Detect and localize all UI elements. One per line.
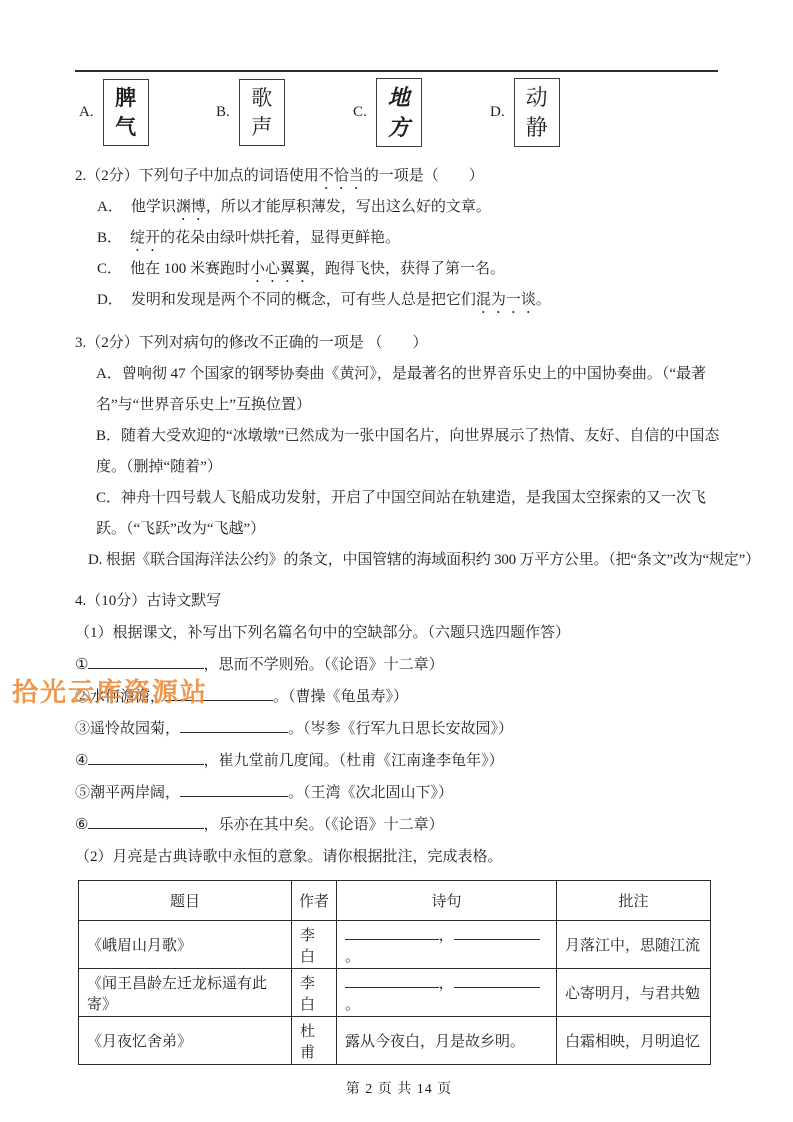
q4-part1: （1）根据课文，补写出下列名篇名句中的空缺部分。（六题只选四题作答） [75, 617, 723, 649]
answer-blank [180, 782, 288, 797]
col-header-verse: 诗句 [337, 881, 557, 921]
q4-item-6: ⑥，乐亦在其中矣。（《论语》十二章） [75, 809, 723, 841]
calligraphy-char: 声 [251, 113, 272, 141]
q1-option-a: A. 脾 气 [79, 79, 216, 146]
answer-blank [165, 686, 273, 701]
poem-note: 心寄明月，与君共勉 [557, 969, 711, 1017]
option-text: 他在 100 米赛跑时 [130, 261, 250, 277]
poem-title: 《月夜忆舍弟》 [79, 1017, 292, 1065]
answer-blank [454, 925, 540, 940]
answer-blank [454, 973, 540, 988]
q2-option-b: B．绽开的花朵由绿叶烘托着，显得更鲜艳。 [97, 224, 723, 255]
option-label: B. [216, 104, 230, 121]
answer-blank [345, 925, 439, 940]
q4-item-1: ①，思而不学则殆。（《论语》十二章） [75, 649, 723, 681]
option-label: C． [97, 261, 122, 277]
poem-author: 杜甫 [292, 1017, 337, 1065]
col-header-author: 作者 [292, 881, 337, 921]
poem-table: 题目 作者 诗句 批注 《峨眉山月歌》 李白 ，。 月落江中，思随江流 《闻王昌… [78, 880, 711, 1065]
calligraphy-char: 地 [388, 83, 410, 113]
poem-title: 《闻王昌龄左迁龙标遥有此寄》 [79, 969, 292, 1017]
q4-item-5: ⑤潮平两岸阔，。（王湾《次北固山下》） [75, 777, 723, 809]
poem-verse: ，。 [337, 969, 557, 1017]
poem-note: 月落江中，思随江流 [557, 921, 711, 969]
option-label: A． [97, 199, 123, 215]
answer-blank [345, 973, 439, 988]
col-header-note: 批注 [557, 881, 711, 921]
q4-item-4: ④，崔九堂前几度闻。（杜甫《江南逢李龟年》） [75, 745, 723, 777]
q3-option-c: C．神舟十四号载人飞船成功发射，开启了中国空间站在轨建造，是我国太空探索的又一次… [96, 483, 723, 545]
question-3: 3.（2分）下列对病句的修改不正确的一项是 （ ） A．曾响彻 47 个国家的钢… [75, 328, 723, 576]
table-row: 《月夜忆舍弟》 杜甫 露从今夜白，月是故乡明。 白霜相映，月明追忆 [79, 1017, 711, 1065]
option-text: ，所以才能厚积薄发，写出这么好的文章。 [206, 199, 491, 215]
answer-blank [88, 750, 203, 765]
emphasized-word: 绽开 [130, 230, 160, 246]
q3-option-b: B．随着大受欢迎的“冰墩墩”已然成为一张中国名片，向世界展示了热情、友好、自信的… [96, 421, 723, 483]
calligraphy-box-a: 脾 气 [103, 79, 149, 146]
q2-option-c: C．他在 100 米赛跑时小心翼翼，跑得飞快，获得了第一名。 [97, 255, 723, 286]
calligraphy-char: 歌 [251, 84, 272, 112]
q4-title: 4.（10分）古诗文默写 [75, 585, 723, 617]
q1-option-d: D. 动 静 [490, 78, 627, 147]
option-label: D. [490, 104, 505, 121]
option-text: 。 [536, 292, 551, 308]
q4-item-3: ③遥怜故园菊，。（岑参《行军九日思长安故园》） [75, 713, 723, 745]
q2-option-d: D．发明和发现是两个不同的概念，可有些人总是把它们混为一谈。 [97, 286, 723, 317]
emphasized-word: 小心翼翼 [250, 261, 310, 277]
calligraphy-box-c: 地 方 [376, 78, 422, 147]
calligraphy-char: 动 [526, 83, 548, 113]
q1-option-b: B. 歌 声 [216, 79, 353, 146]
q3-option-a: A．曾响彻 47 个国家的钢琴协奏曲《黄河》，是最著名的世界音乐史上的中国协奏曲… [96, 359, 723, 421]
emphasized-word: 混为一谈 [476, 292, 536, 308]
option-label: C. [353, 104, 367, 121]
q1-option-c: C. 地 方 [353, 78, 490, 147]
q2-option-a: A．他学识渊博，所以才能厚积薄发，写出这么好的文章。 [97, 193, 723, 224]
poem-verse: ，。 [337, 921, 557, 969]
header-divider [75, 70, 718, 72]
poem-author: 李白 [292, 921, 337, 969]
calligraphy-box-d: 动 静 [514, 78, 560, 147]
option-text: 的花朵由绿叶烘托着，显得更鲜艳。 [160, 230, 400, 246]
calligraphy-box-b: 歌 声 [239, 79, 285, 146]
poem-title: 《峨眉山月歌》 [79, 921, 292, 969]
calligraphy-char: 静 [526, 113, 548, 143]
question-2: 2.（2分）下列句子中加点的词语使用不恰当的一项是（ ） A．他学识渊博，所以才… [75, 162, 723, 317]
option-text: 他学识 [131, 199, 176, 215]
answer-blank [88, 814, 203, 829]
table-row: 《闻王昌龄左迁龙标遥有此寄》 李白 ，。 心寄明月，与君共勉 [79, 969, 711, 1017]
q3-stem: 3.（2分）下列对病句的修改不正确的一项是 （ ） [75, 328, 723, 359]
poem-verse: 露从今夜白，月是故乡明。 [337, 1017, 557, 1065]
q4-item-2: ②水何澹澹，。（曹操《龟虽寿》） [75, 681, 723, 713]
exam-page: A. 脾 气 B. 歌 声 C. 地 方 D. 动 静 [0, 0, 793, 1098]
option-label: A. [79, 104, 94, 121]
q2-stem-text: 的一项是（ ） [364, 168, 484, 184]
answer-blank [88, 654, 203, 669]
page-footer: 第 2 页 共 14 页 [75, 1078, 723, 1098]
poem-author: 李白 [292, 969, 337, 1017]
calligraphy-char: 脾 [115, 84, 136, 112]
poem-note: 白霜相映，月明追忆 [557, 1017, 711, 1065]
q2-stem: 2.（2分）下列句子中加点的词语使用不恰当的一项是（ ） [75, 162, 723, 193]
table-header-row: 题目 作者 诗句 批注 [79, 881, 711, 921]
option-label: D． [97, 292, 123, 308]
question-4: 4.（10分）古诗文默写 （1）根据课文，补写出下列名篇名句中的空缺部分。（六题… [75, 585, 723, 1065]
q3-option-d: D. 根据《联合国海洋法公约》的条文，中国管辖的海域面积约 300 万平方公里。… [88, 545, 723, 576]
option-text: ，跑得飞快，获得了第一名。 [310, 261, 505, 277]
q2-stem-text: 2.（2分）下列句子中加点的词语使用 [75, 168, 319, 184]
q1-options-row: A. 脾 气 B. 歌 声 C. 地 方 D. 动 静 [79, 0, 723, 147]
q4-part2: （2）月亮是古典诗歌中永恒的意象。请你根据批注，完成表格。 [75, 841, 723, 873]
emphasized-word: 渊博 [176, 199, 206, 215]
calligraphy-char: 方 [388, 113, 410, 143]
col-header-title: 题目 [79, 881, 292, 921]
q2-stem-emphasis: 不恰当 [319, 168, 364, 184]
option-label: B． [97, 230, 122, 246]
table-row: 《峨眉山月歌》 李白 ，。 月落江中，思随江流 [79, 921, 711, 969]
answer-blank [180, 718, 288, 733]
calligraphy-char: 气 [115, 113, 136, 141]
option-text: 发明和发现是两个不同的概念，可有些人总是把它们 [131, 292, 476, 308]
